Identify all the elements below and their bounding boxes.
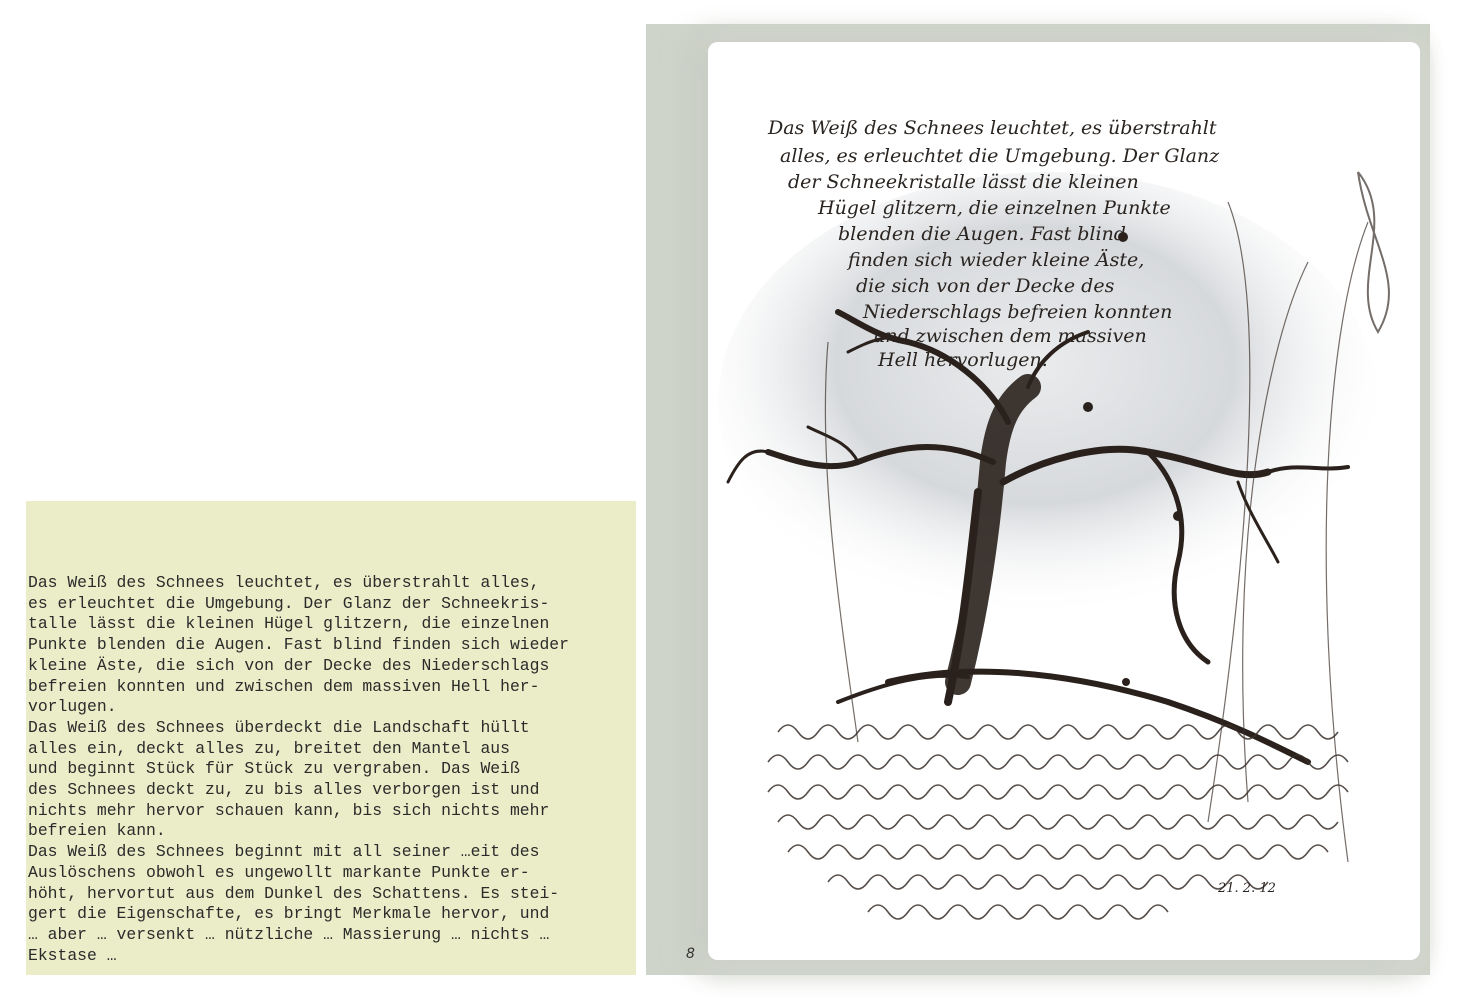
handwriting-line-5: blenden die Augen. Fast blind xyxy=(838,223,1126,245)
artwork-date: 21. 2. 12 xyxy=(1217,881,1276,896)
artwork-page: Das Weiß des Schnees leuchtet, es überst… xyxy=(708,42,1420,960)
artwork-frame: Das Weiß des Schnees leuchtet, es überst… xyxy=(646,24,1430,975)
text-panel: Das Weiß des Schnees leuchtet, es überst… xyxy=(26,501,636,975)
tree-drawing: Das Weiß des Schnees leuchtet, es überst… xyxy=(708,42,1420,960)
handwriting-line-7: die sich von der Decke des xyxy=(856,275,1115,297)
paragraph-1: Das Weiß des Schnees leuchtet, es überst… xyxy=(28,573,636,718)
handwriting-line-6: finden sich wieder kleine Äste, xyxy=(846,248,1144,271)
page-number: 8 xyxy=(686,946,695,962)
handwriting-line-4: Hügel glitzern, die einzelnen Punkte xyxy=(817,197,1171,219)
paragraph-2: Das Weiß des Schnees überdeckt die Lands… xyxy=(28,718,636,842)
paragraph-3: Das Weiß des Schnees beginnt mit all sei… xyxy=(28,842,636,966)
handwriting-line-1: Das Weiß des Schnees leuchtet, es überst… xyxy=(767,117,1217,139)
handwriting-line-3: der Schneekristalle lässt die kleinen xyxy=(788,171,1139,193)
handwriting-line-8: Niederschlags befreien konnten xyxy=(862,301,1172,323)
handwriting-line-2: alles, es erleuchtet die Umgebung. Der G… xyxy=(780,145,1220,167)
